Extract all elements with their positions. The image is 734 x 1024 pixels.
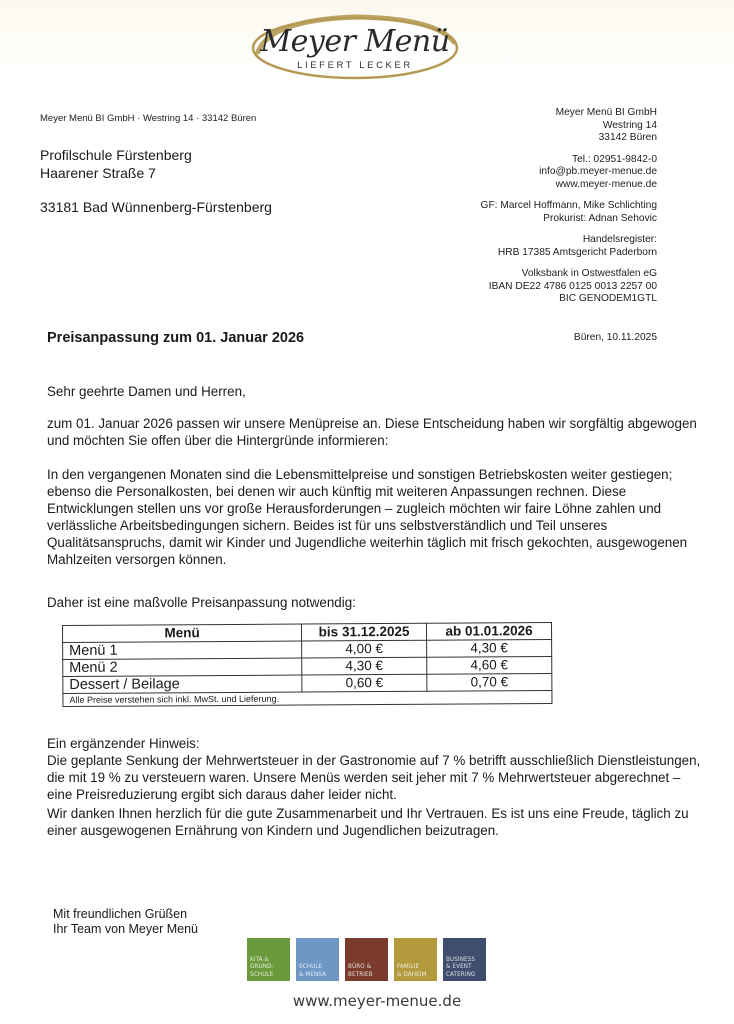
company-email[interactable]: info@pb.meyer-menue.de [481,166,657,179]
header-menu: Menü [63,624,302,642]
company-city: 33142 Büren [481,132,657,145]
company-register: Handelsregister: HRB 17385 Amtsgericht P… [481,234,657,259]
vat-note-text: Die geplante Senkung der Mehrwertsteuer … [47,752,707,803]
paragraph-reasons: In den vergangenen Monaten sind die Lebe… [47,466,707,568]
closing-signature: Ihr Team von Meyer Menü [53,922,198,937]
managing-directors: GF: Marcel Hoffmann, Mike Schlichting [481,200,657,213]
register-label: Handelsregister: [481,234,657,247]
recipient-city: 33181 Bad Wünnenberg-Fürstenberg [40,198,272,216]
table-note: Alle Preise verstehen sich inkl. MwSt. u… [63,691,552,707]
price-table: Menü bis 31.12.2025 ab 01.01.2026 Menü 1… [62,622,552,707]
company-info-block: Meyer Menü BI GmbH Westring 14 33142 Bür… [481,107,657,315]
logo-brand: Meyer Menü [250,24,460,59]
category-tiles: KITA & GRUND- SCHULE SCHULE & MENSA BÜRO… [247,938,486,981]
row-old-price: 4,00 € [302,640,427,658]
tile-label: BÜRO & BETRIEB [348,963,386,978]
footer-website[interactable]: www.meyer-menue.de [0,992,734,1010]
bank-iban: IBAN DE22 4786 0125 0013 2257 00 [481,281,657,294]
authorized-officer: Prokurist: Adnan Sehovic [481,213,657,226]
company-logo: Meyer Menü LIEFERT LECKER [250,12,460,80]
tile-label: KITA & GRUND- SCHULE [250,956,288,978]
header-old-price: bis 31.12.2025 [302,623,427,641]
tile-familie-daheim: FAMILIE & DAHEIM [394,938,437,981]
row-old-price: 0,60 € [302,674,427,692]
tile-label: FAMILIE & DAHEIM [397,963,435,978]
company-name: Meyer Menü BI GmbH [481,107,657,120]
paragraph-thanks: Wir danken Ihnen herzlich für die gute Z… [47,805,707,839]
row-new-price: 0,70 € [427,674,552,692]
row-new-price: 4,60 € [427,657,552,675]
company-address: Meyer Menü BI GmbH Westring 14 33142 Bür… [481,107,657,145]
letter-date: Büren, 10.11.2025 [574,332,657,343]
paragraph-table-intro: Daher ist eine maßvolle Preisanpassung n… [47,594,707,611]
tile-kita-grundschule: KITA & GRUND- SCHULE [247,938,290,981]
tile-buero-betrieb: BÜRO & BETRIEB [345,938,388,981]
letter-subject: Preisanpassung zum 01. Januar 2026 [47,330,304,346]
vat-note-title: Ein ergänzender Hinweis: [47,735,707,752]
row-new-price: 4,30 € [427,640,552,658]
company-contact: Tel.: 02951-9842-0 info@pb.meyer-menue.d… [481,154,657,192]
tile-business-event-catering: BUSINESS & EVENT CATERING [443,938,486,981]
company-website[interactable]: www.meyer-menue.de [481,179,657,192]
table-note-row: Alle Preise verstehen sich inkl. MwSt. u… [63,691,552,707]
recipient-street: Haarener Straße 7 [40,164,272,182]
logo-tagline: LIEFERT LECKER [250,60,460,71]
company-street: Westring 14 [481,120,657,133]
register-number: HRB 17385 Amtsgericht Paderborn [481,247,657,260]
closing-greeting: Mit freundlichen Grüßen [53,907,198,922]
paragraph-intro: zum 01. Januar 2026 passen wir unsere Me… [47,415,707,449]
company-phone: Tel.: 02951-9842-0 [481,154,657,167]
salutation: Sehr geehrte Damen und Herren, [47,383,707,400]
header-new-price: ab 01.01.2026 [427,623,552,641]
row-item: Dessert / Beilage [63,675,302,693]
bank-name: Volksbank in Ostwestfalen eG [481,268,657,281]
recipient-name: Profilschule Fürstenberg [40,146,272,164]
tile-label: BUSINESS & EVENT CATERING [446,956,484,978]
tile-schule-mensa: SCHULE & MENSA [296,938,339,981]
bank-bic: BIC GENODEM1GTL [481,293,657,306]
company-management: GF: Marcel Hoffmann, Mike Schlichting Pr… [481,200,657,225]
company-bank: Volksbank in Ostwestfalen eG IBAN DE22 4… [481,268,657,306]
recipient-address: Profilschule Fürstenberg Haarener Straße… [40,146,272,216]
closing: Mit freundlichen Grüßen Ihr Team von Mey… [53,907,198,937]
row-old-price: 4,30 € [302,657,427,675]
paragraph-vat-note: Ein ergänzender Hinweis: Die geplante Se… [47,735,707,803]
row-item: Menü 2 [63,658,302,676]
sender-return-address: Meyer Menü BI GmbH · Westring 14 · 33142… [40,113,256,124]
row-item: Menü 1 [63,641,302,659]
tile-label: SCHULE & MENSA [299,963,337,978]
